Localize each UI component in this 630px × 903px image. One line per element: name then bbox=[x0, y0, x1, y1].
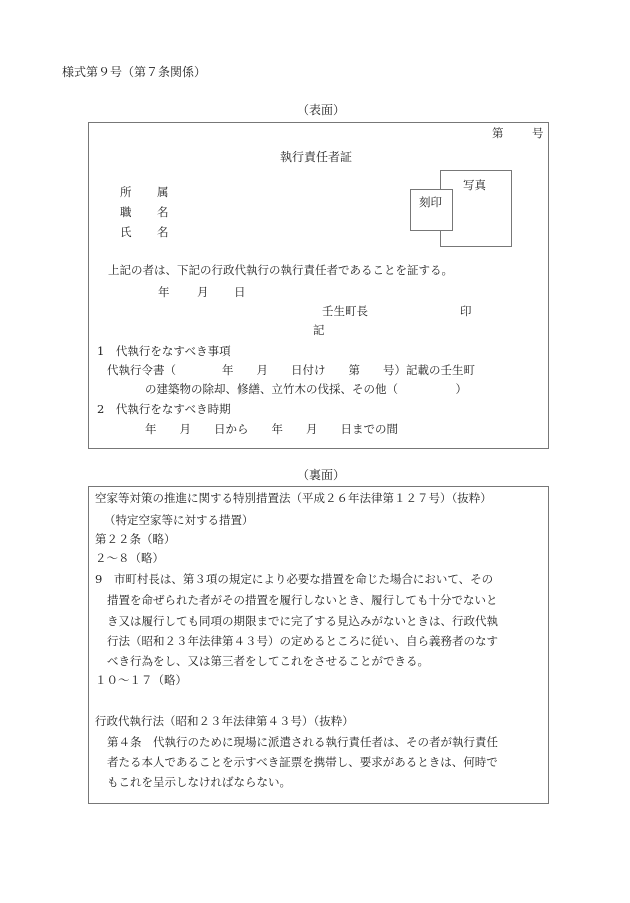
law1-para9-line4: 行法（昭和２３年法律第４３号）の定めるところに従い、自ら義務者のなす bbox=[107, 636, 498, 648]
law1-title: 空家等対策の推進に関する特別措置法（平成２６年法律第１２７号）（抜粋） bbox=[95, 493, 492, 505]
date-month: 月 bbox=[197, 287, 209, 299]
photo-label: 写真 bbox=[463, 180, 486, 192]
certificate-title: 執行責任者証 bbox=[280, 151, 352, 163]
certificate-number-go: 号 bbox=[532, 128, 544, 140]
item1-line2: の建築物の除却、修繕、立竹木の伐採、その他（ ） bbox=[145, 384, 467, 396]
ki-marker: 記 bbox=[313, 325, 325, 337]
field-position-label-a: 職 bbox=[120, 207, 132, 219]
law2-article4-line2: 者たる本人であることを示すべき証票を携帯し、要求があるときは、何時で bbox=[107, 757, 498, 769]
back-side-label: （裏面） bbox=[297, 469, 345, 481]
law1-para10-17: １０～１７（略） bbox=[95, 675, 187, 687]
field-position-label-b: 名 bbox=[157, 207, 169, 219]
law2-title: 行政代執行法（昭和２３年法律第４３号）（抜粋） bbox=[95, 716, 354, 728]
date-year: 年 bbox=[158, 287, 170, 299]
date-day: 日 bbox=[234, 287, 246, 299]
certificate-number-dai: 第 bbox=[492, 128, 504, 140]
law1-para9-line1: 9 市町村長は、第３項の規定により必要な措置を命じた場合において、その bbox=[95, 574, 493, 586]
field-name-label-a: 氏 bbox=[120, 227, 132, 239]
issuer-seal: 印 bbox=[460, 306, 472, 318]
law1-para2-8: ２～８（略） bbox=[95, 553, 164, 565]
field-affiliation-label-a: 所 bbox=[120, 187, 132, 199]
law2-article4-line1: 第４条 代執行のために現場に派遣される執行責任者は、その者が執行責任 bbox=[107, 737, 498, 749]
law2-article4-line3: もこれを呈示しなければならない。 bbox=[107, 777, 291, 789]
law1-para9-line3: き又は履行しても同項の期限までに完了する見込みがないときは、行政代執 bbox=[107, 616, 498, 628]
issuer-name: 壬生町長 bbox=[322, 306, 368, 318]
law1-section-heading: （特定空家等に対する措置） bbox=[104, 515, 254, 527]
law1-para9-line2: 措置を命ぜられた者がその措置を履行しないとき、履行しても十分でないと bbox=[107, 595, 498, 607]
seal-label: 刻印 bbox=[419, 197, 442, 209]
field-name-label-b: 名 bbox=[157, 227, 169, 239]
form-number: 様式第９号（第７条関係） bbox=[62, 66, 206, 78]
certify-text: 上記の者は、下記の行政代執行の執行責任者であることを証する。 bbox=[108, 265, 453, 277]
item2-line1: 年 月 日から 年 月 日までの間 bbox=[145, 424, 398, 436]
item1-heading: 1 代執行をなすべき事項 bbox=[97, 346, 231, 358]
item1-line1: 代執行令書（ 年 月 日付け 第 号）記載の壬生町 bbox=[107, 365, 475, 377]
item2-heading: 2 代執行をなすべき時期 bbox=[97, 404, 231, 416]
law1-para9-line5: べき行為をし、又は第三者をしてこれをさせることができる。 bbox=[107, 656, 429, 668]
front-side-label: （表面） bbox=[297, 104, 345, 116]
law1-article22: 第２２条（略） bbox=[95, 534, 176, 546]
field-affiliation-label-b: 属 bbox=[157, 187, 169, 199]
